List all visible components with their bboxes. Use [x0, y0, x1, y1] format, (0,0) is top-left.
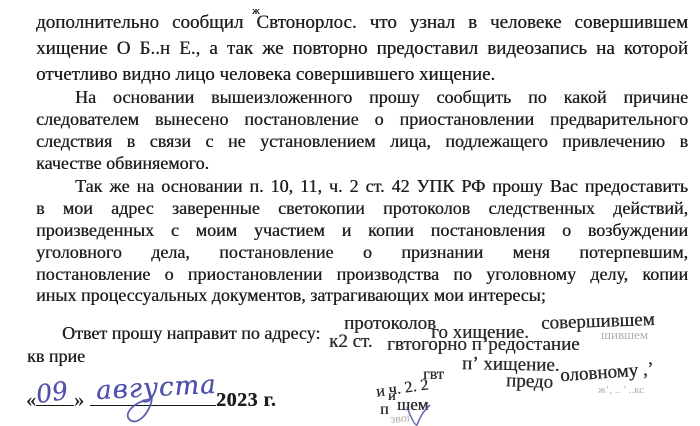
text-line: постановление о приостановлении производ…: [36, 264, 688, 286]
paragraph: дополнительно сообщил Свтонорлос. что уз…: [36, 10, 688, 87]
bleed-fragment: шившем: [601, 328, 648, 341]
address-line: кв прие: [27, 345, 85, 367]
open-guillemet: «: [26, 389, 36, 411]
text-line: хищение О Б..н Е., а так же повторно пре…: [36, 36, 688, 62]
text-line: На основании вышеизложенного прошу сообщ…: [36, 87, 688, 109]
close-guillemet: »: [74, 389, 84, 411]
date-year: 2023 г.: [216, 389, 276, 411]
text-line: иных процессуальных документов, затрагив…: [36, 285, 688, 307]
bleed-fragment: предо: [506, 371, 554, 392]
bleed-fragment: ж’, .. ’ ..кс: [598, 385, 644, 396]
bleed-fragment: гвтогорно пʼредостание: [387, 335, 580, 354]
handwritten-month: августа: [95, 370, 217, 406]
text-line: следствия в связи с не установлением лиц…: [36, 131, 688, 153]
text-line: дополнительно сообщил Свтонорлос. что уз…: [36, 10, 688, 36]
bleed-fragment: к2 ст.: [329, 332, 373, 351]
text-line: произведенных с моим участием и копии по…: [36, 220, 688, 242]
bleed-fragment: оловному ,’: [559, 360, 654, 386]
document-scan: дополнительно сообщил Свтонорлос. что уз…: [0, 0, 700, 426]
paragraph: Так же на основании п. 10, 11, ч. 2 ст. …: [36, 176, 688, 307]
text-line: в мои адрес заверенные светокопии проток…: [36, 198, 688, 220]
bleed-fragment: и: [388, 390, 396, 404]
address-line: Ответ прошу направит по адресу:: [62, 322, 320, 344]
handwritten-day: 09: [34, 376, 70, 409]
paragraph: На основании вышеизложенного прошу сообщ…: [36, 87, 688, 175]
text-line: качестве обвиняемого.: [36, 153, 688, 175]
bleed-fragment: п: [380, 402, 389, 418]
bleed-fragment: ж: [252, 6, 260, 17]
text-line: Так же на основании п. 10, 11, ч. 2 ст. …: [36, 176, 688, 198]
text-line: отчетливо видно лицо человека совершивше…: [36, 62, 688, 88]
text-line: уголовного дела, постановление о признан…: [36, 242, 688, 264]
bleed-fragment: эвог: [389, 411, 412, 425]
text-line: следователем вынесено постановление о пр…: [36, 109, 688, 131]
